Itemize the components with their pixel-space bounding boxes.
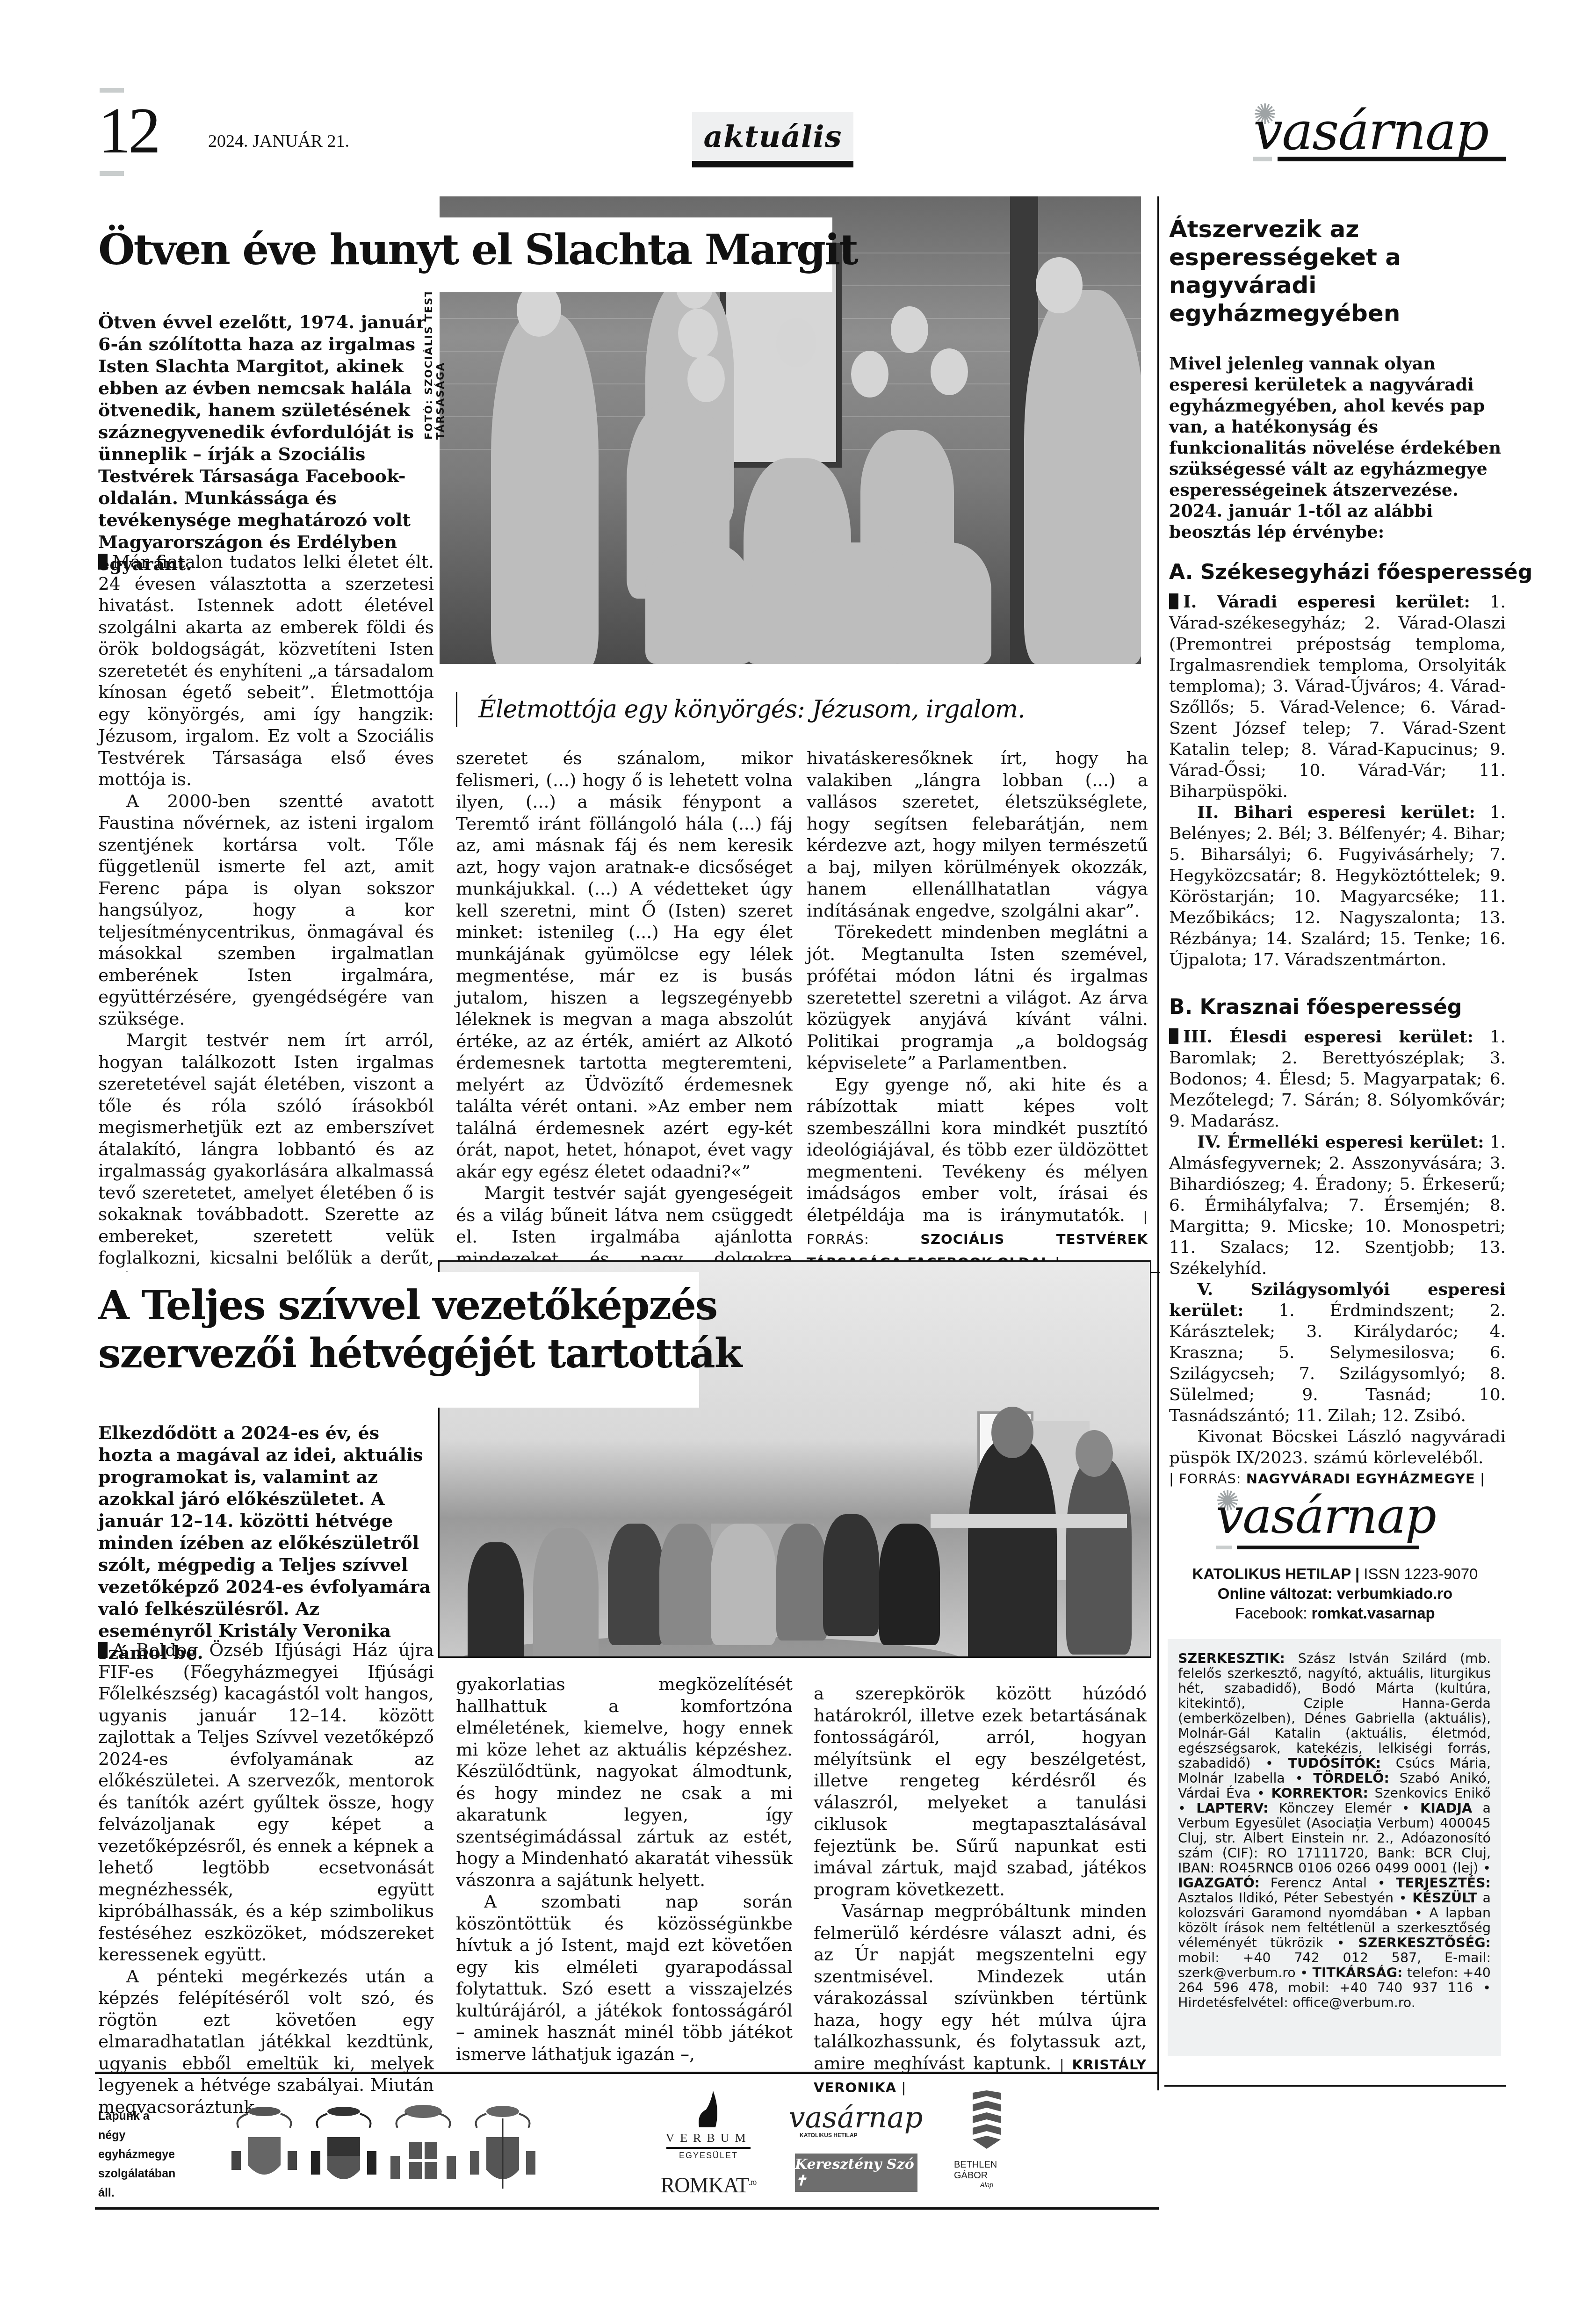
paragraph-marker-icon [98,554,108,570]
article2-column-1: A Boldog Özséb Ifjúsági Ház újra FIF-es … [98,1639,434,2118]
article1-lead: Ötven évvel ezelőtt, 1974. január 6-án s… [98,311,435,575]
article1-column-2: szeretet és szánalom, mikor felismeri, (… [456,747,793,1313]
column-rule [1157,196,1159,2090]
article2-column-2: gyakorlatias megközelítését hallhattuk a… [456,1673,793,2065]
article1-column-3: hivatáskeresőknek írt, hogy ha valakiben… [807,747,1148,1273]
imprint-info: KATOLIKUS HETILAP | ISSN 1223-9070 Onlin… [1164,1564,1506,1623]
issue-date: 2024. JANUÁR 21. [208,131,349,152]
page-number-bar-bottom [100,171,124,176]
section-a-heading: A. Székesegyházi főesperesség [1169,560,1532,585]
coat-of-arms-2-icon [309,2100,379,2193]
staff-credits: SZERKESZTIK: Szász István Szilárd (mb. f… [1178,1651,1491,2010]
section-b-heading: B. Krasznai főesperesség [1169,995,1462,1019]
coat-of-arms-1-icon [229,2100,299,2193]
imprint-logo: ✺ vasárnap [1216,1487,1459,1553]
verbum-logo: VERBUM EGYESÜLET ROMKAT.ro [664,2083,753,2205]
chevron-shield-icon [970,2090,1003,2156]
paragraph-marker-icon [1169,593,1178,609]
paragraph-marker-icon [1169,1028,1178,1044]
pull-quote: Életmottója egy könyörgés: Jézusom, irga… [456,692,1148,727]
imprint-rule [1164,2085,1506,2087]
cross-icon: ✝ [795,2173,807,2189]
facebook-link[interactable]: romkat.vasarnap [1312,1604,1435,1622]
footer-rule-bottom [95,2207,1159,2210]
website-link[interactable]: Online változat: verbumkiado.ro [1218,1585,1452,1602]
masthead-logo: ✺ vasárnap [1253,91,1506,161]
section-a-list: I. Váradi esperesi kerület: 1. Várad-szé… [1169,592,1506,970]
section-b-list: III. Élesdi esperesi kerület: 1. Baromla… [1169,1026,1506,1489]
kereszteny-szo-logo: Keresztény Szó ✝ [795,2154,917,2192]
bethlen-gabor-logo: BETHLEN GÁBOR Alap [954,2086,1019,2193]
staff-box: SZERKESZTIK: Szász István Szilárd (mb. f… [1168,1639,1501,2056]
article2-headline: A Teljes szívvel vezetőképzés szervezői … [98,1281,741,1378]
footer-rule-top [95,2072,1159,2074]
page-number: 12 [98,98,158,164]
coat-of-arms-3-icon [388,2100,458,2193]
sidebar-headline: Átszervezik az esperességeket a nagyvára… [1169,215,1506,327]
article1-headline: Ötven éve hunyt el Slachta Margit [98,224,857,275]
coat-of-arms-4-icon [468,2100,538,2193]
sidebar-lead: Mivel jelenleg vannak olyan esperesi ker… [1169,353,1506,542]
page-number-bar-top [100,88,124,93]
vasarnap-partner-logo: vasárnap KATOLIKUS HETILAP [795,2095,917,2147]
section-name: aktuális [703,119,842,154]
section-label: aktuális [692,112,853,167]
table [931,1514,1127,1528]
book-icon [694,2091,722,2128]
footer-note: Lapunk a négy egyházmegye szolgálatában … [98,2107,173,2203]
article2-column-3: a szerepkörök között húzódó határokról, … [814,1683,1147,2099]
article1-column-1: Már fiatalon tudatos lelki életet élt. 2… [98,551,434,1377]
paragraph-marker-icon [98,1642,108,1658]
article2-lead: Elkezdődött a 2024-es év, és hozta a mag… [98,1422,435,1663]
